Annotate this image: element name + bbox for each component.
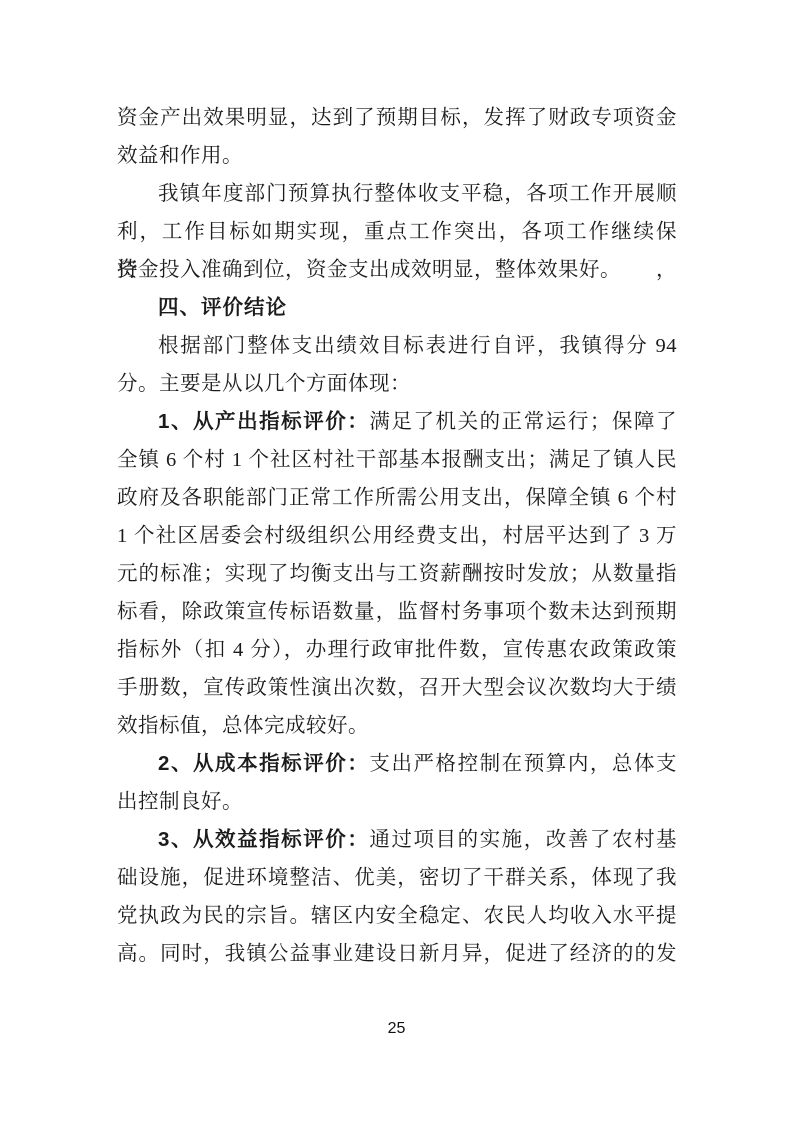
paragraph-line: 2、从成本指标评价：支出严格控制在预算内，总体支: [117, 745, 677, 783]
paragraph-line: 出控制良好。: [117, 783, 677, 821]
paragraph-text: 支出严格控制在预算内，总体支: [369, 753, 677, 775]
paragraph-line: 标看，除政策宣传标语数量，监督村务事项个数未达到预期: [117, 593, 677, 631]
paragraph-line: 元的标准；实现了均衡支出与工资薪酬按时发放；从数量指: [117, 555, 677, 593]
paragraph-line: 指标外（扣 4 分），办理行政审批件数，宣传惠农政策政策: [117, 631, 677, 669]
paragraph-line: 高。同时，我镇公益事业建设日新月异，促进了经济的的发: [117, 935, 677, 973]
paragraph-line: 我镇年度部门预算执行整体收支平稳，各项工作开展顺: [117, 175, 677, 213]
paragraph-line: 手册数，宣传政策性演出次数，召开大型会议次数均大于绩: [117, 669, 677, 707]
paragraph-line: 础设施，促进环境整洁、优美，密切了干群关系，体现了我: [117, 859, 677, 897]
section-heading: 四、评价结论: [117, 289, 677, 327]
paragraph-line: 效指标值，总体完成较好。: [117, 707, 677, 745]
item-lead-label: 2、从成本指标评价：: [158, 752, 369, 775]
item-lead-label: 1、从产出指标评价：: [158, 410, 369, 433]
paragraph-line: 1 个社区居委会村级组织公用经费支出，村居平达到了 3 万: [117, 517, 677, 555]
paragraph-line: 分。主要是从以几个方面体现：: [117, 365, 677, 403]
paragraph-text: 满足了机关的正常运行；保障了: [369, 411, 677, 433]
paragraph-line: 3、从效益指标评价：通过项目的实施，改善了农村基: [117, 821, 677, 859]
text-block: 资金产出效果明显，达到了预期目标，发挥了财政专项资金 效益和作用。 我镇年度部门…: [117, 99, 677, 973]
paragraph-line: 政府及各职能部门正常工作所需公用支出，保障全镇 6 个村: [117, 479, 677, 517]
paragraph-line: 资金产出效果明显，达到了预期目标，发挥了财政专项资金: [117, 99, 677, 137]
paragraph-line: 根据部门整体支出绩效目标表进行自评，我镇得分 94: [117, 327, 677, 365]
paragraph-line: 全镇 6 个村 1 个社区村社干部基本报酬支出；满足了镇人民: [117, 441, 677, 479]
document-page: 资金产出效果明显，达到了预期目标，发挥了财政专项资金 效益和作用。 我镇年度部门…: [0, 0, 793, 1122]
paragraph-line: 党执政为民的宗旨。辖区内安全稳定、农民人均收入水平提: [117, 897, 677, 935]
page-number: 25: [0, 1018, 793, 1040]
paragraph-text: 通过项目的实施，改善了农村基: [369, 829, 677, 851]
paragraph-line: 利，工作目标如期实现，重点工作突出，各项工作继续保持，: [117, 213, 677, 251]
paragraph-line: 效益和作用。: [117, 137, 677, 175]
paragraph-line: 1、从产出指标评价：满足了机关的正常运行；保障了: [117, 403, 677, 441]
item-lead-label: 3、从效益指标评价：: [158, 828, 369, 851]
paragraph-line: 资金投入准确到位，资金支出成效明显，整体效果好。: [117, 251, 677, 289]
